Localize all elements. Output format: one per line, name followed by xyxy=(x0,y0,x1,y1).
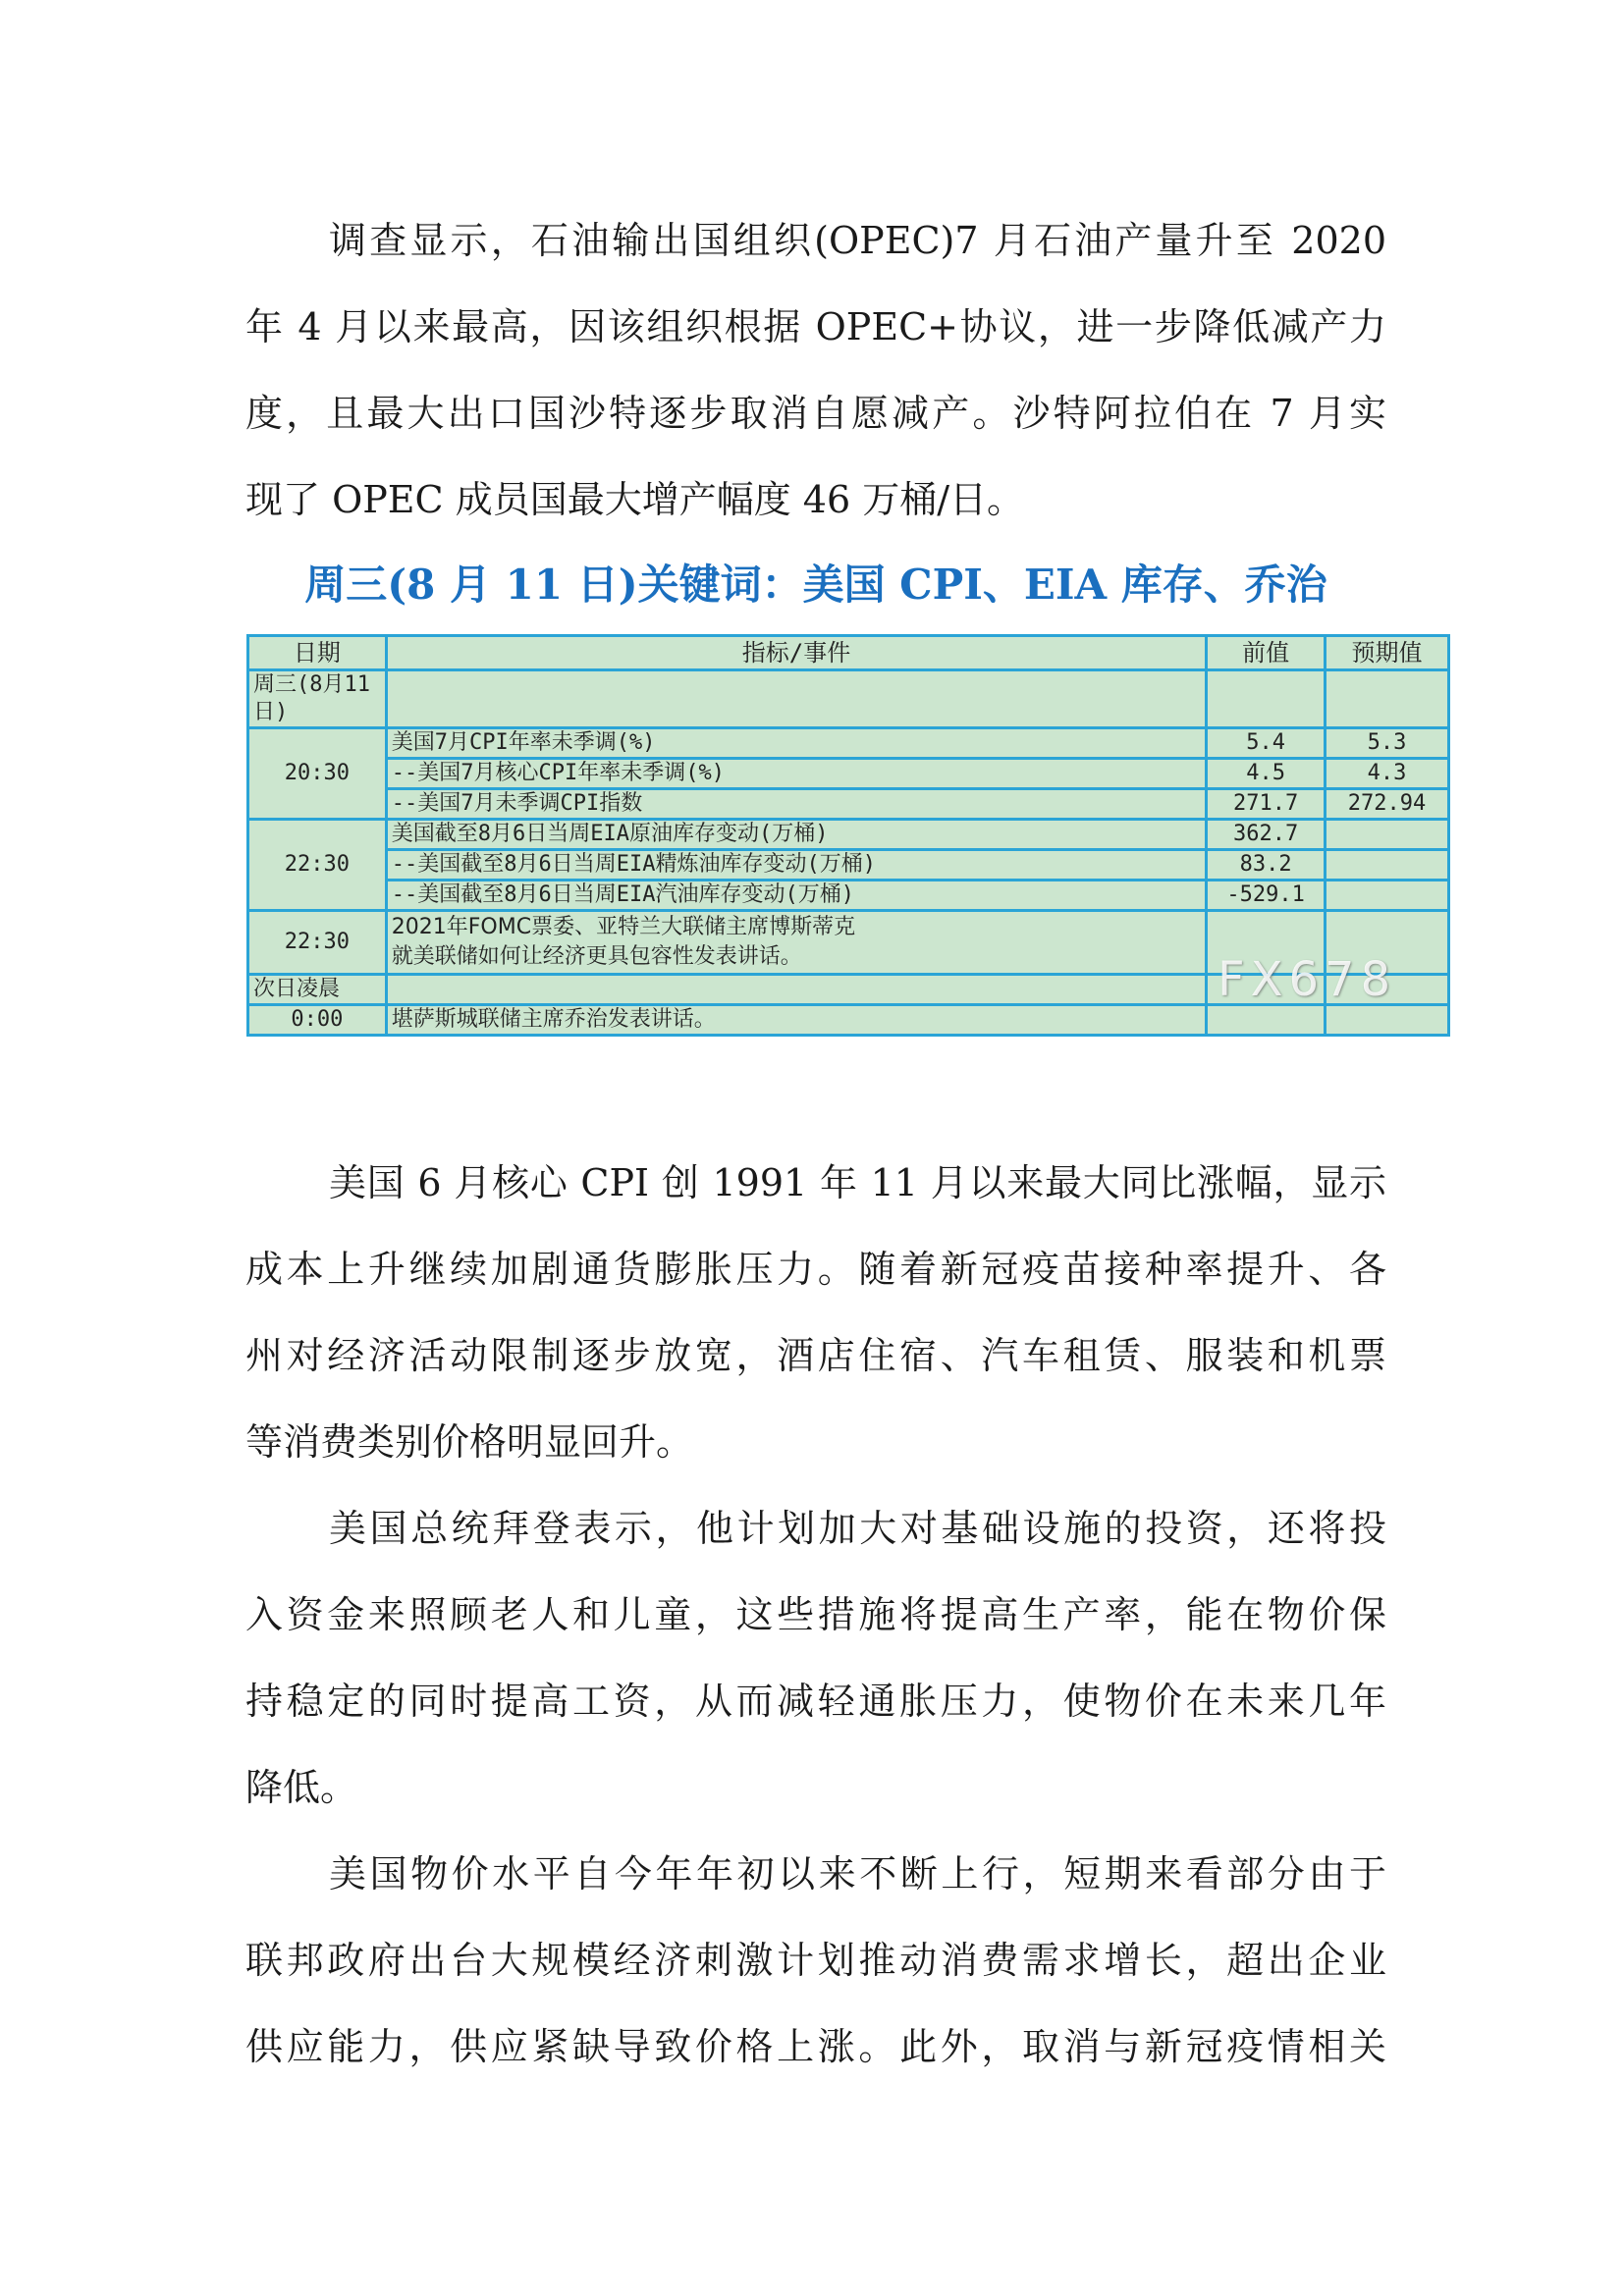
text-line: 联邦政府出台大规模经济刺激计划推动消费需求增长，超出企业 xyxy=(245,1936,1386,1985)
table-row: --美国7月核心CPI年率未季调(%) 4.5 4.3 xyxy=(248,759,1449,789)
text-line: 降低。 xyxy=(245,1763,1386,1812)
table-row: 22:30 美国截至8月6日当周EIA原油库存变动(万桶) 362.7 xyxy=(248,820,1449,850)
table-row: --美国7月未季调CPI指数 271.7 272.94 xyxy=(248,789,1449,820)
time-cell: 20:30 xyxy=(248,728,387,820)
table-row: 0:00 堪萨斯城联储主席乔治发表讲话。 xyxy=(248,1005,1449,1036)
event-cell: 堪萨斯城联储主席乔治发表讲话。 xyxy=(386,1005,1206,1036)
text-line: 入资金来照顾老人和儿童，这些措施将提高生产率，能在物价保 xyxy=(245,1590,1386,1639)
text-line: 调查显示，石油输出国组织(OPEC)7 月石油产量升至 2020 xyxy=(329,216,1386,265)
header-previous: 前值 xyxy=(1207,636,1326,670)
previous-cell: 271.7 xyxy=(1207,789,1326,820)
previous-cell: -529.1 xyxy=(1207,881,1326,911)
event-cell: --美国7月核心CPI年率未季调(%) xyxy=(386,759,1206,789)
previous-cell xyxy=(1207,1005,1326,1036)
forecast-cell: 5.3 xyxy=(1326,728,1449,759)
text-line: 美国总统拜登表示，他计划加大对基础设施的投资，还将投 xyxy=(329,1504,1386,1553)
table-row: 20:30 美国7月CPI年率未季调(%) 5.4 5.3 xyxy=(248,728,1449,759)
text-line: 美国 6 月核心 CPI 创 1991 年 11 月以来最大同比涨幅，显示 xyxy=(329,1158,1386,1207)
section-title: 周三(8 月 11 日)关键词：美国 CPI、EIA 库存、乔治 xyxy=(245,558,1386,613)
event-cell: --美国截至8月6日当周EIA汽油库存变动(万桶) xyxy=(386,881,1206,911)
forecast-cell: 4.3 xyxy=(1326,759,1449,789)
previous-cell: 83.2 xyxy=(1207,850,1326,881)
next-day-label: 次日凌晨 xyxy=(248,975,387,1005)
text-line: 持稳定的同时提高工资，从而减轻通胀压力，使物价在未来几年 xyxy=(245,1677,1386,1726)
time-cell: 22:30 xyxy=(248,911,387,975)
text-line: 美国物价水平自今年年初以来不断上行，短期来看部分由于 xyxy=(329,1849,1386,1898)
time-cell: 0:00 xyxy=(248,1005,387,1036)
text-line: 等消费类别价格明显回升。 xyxy=(245,1417,1386,1467)
event-cell: 2021年FOMC票委、亚特兰大联储主席博斯蒂克 就美联储如何让经济更具包容性发… xyxy=(386,911,1206,975)
table-row-day: 周三(8月11日) xyxy=(248,670,1449,728)
forecast-cell: 272.94 xyxy=(1326,789,1449,820)
time-cell: 22:30 xyxy=(248,820,387,911)
event-line: 就美联储如何让经济更具包容性发表讲话。 xyxy=(392,942,1201,972)
forecast-cell xyxy=(1326,881,1449,911)
forecast-cell xyxy=(1326,850,1449,881)
text-line: 供应能力，供应紧缺导致价格上涨。此外，取消与新冠疫情相关 xyxy=(245,2022,1386,2071)
watermark: FX678 xyxy=(1218,952,1396,1007)
event-cell: --美国截至8月6日当周EIA精炼油库存变动(万桶) xyxy=(386,850,1206,881)
event-cell: 美国截至8月6日当周EIA原油库存变动(万桶) xyxy=(386,820,1206,850)
text-line: 现了 OPEC 成员国最大增产幅度 46 万桶/日。 xyxy=(245,475,1386,524)
table-header-row: 日期 指标/事件 前值 预期值 xyxy=(248,636,1449,670)
text-line: 年 4 月以来最高，因该组织根据 OPEC+协议，进一步降低减产力 xyxy=(245,302,1386,351)
header-event: 指标/事件 xyxy=(386,636,1206,670)
previous-cell: 362.7 xyxy=(1207,820,1326,850)
event-cell: 美国7月CPI年率未季调(%) xyxy=(386,728,1206,759)
table-row: --美国截至8月6日当周EIA精炼油库存变动(万桶) 83.2 xyxy=(248,850,1449,881)
forecast-cell xyxy=(1326,1005,1449,1036)
table-row: --美国截至8月6日当周EIA汽油库存变动(万桶) -529.1 xyxy=(248,881,1449,911)
text-line: 州对经济活动限制逐步放宽，酒店住宿、汽车租赁、服装和机票 xyxy=(245,1331,1386,1380)
previous-cell: 5.4 xyxy=(1207,728,1326,759)
text-line: 度，且最大出口国沙特逐步取消自愿减产。沙特阿拉伯在 7 月实 xyxy=(245,389,1386,438)
event-cell: --美国7月未季调CPI指数 xyxy=(386,789,1206,820)
forecast-cell xyxy=(1326,820,1449,850)
day-label: 周三(8月11日) xyxy=(248,670,387,728)
previous-cell: 4.5 xyxy=(1207,759,1326,789)
text-line: 成本上升继续加剧通货膨胀压力。随着新冠疫苗接种率提升、各 xyxy=(245,1245,1386,1294)
event-line: 2021年FOMC票委、亚特兰大联储主席博斯蒂克 xyxy=(392,913,1201,942)
header-forecast: 预期值 xyxy=(1326,636,1449,670)
header-date: 日期 xyxy=(248,636,387,670)
